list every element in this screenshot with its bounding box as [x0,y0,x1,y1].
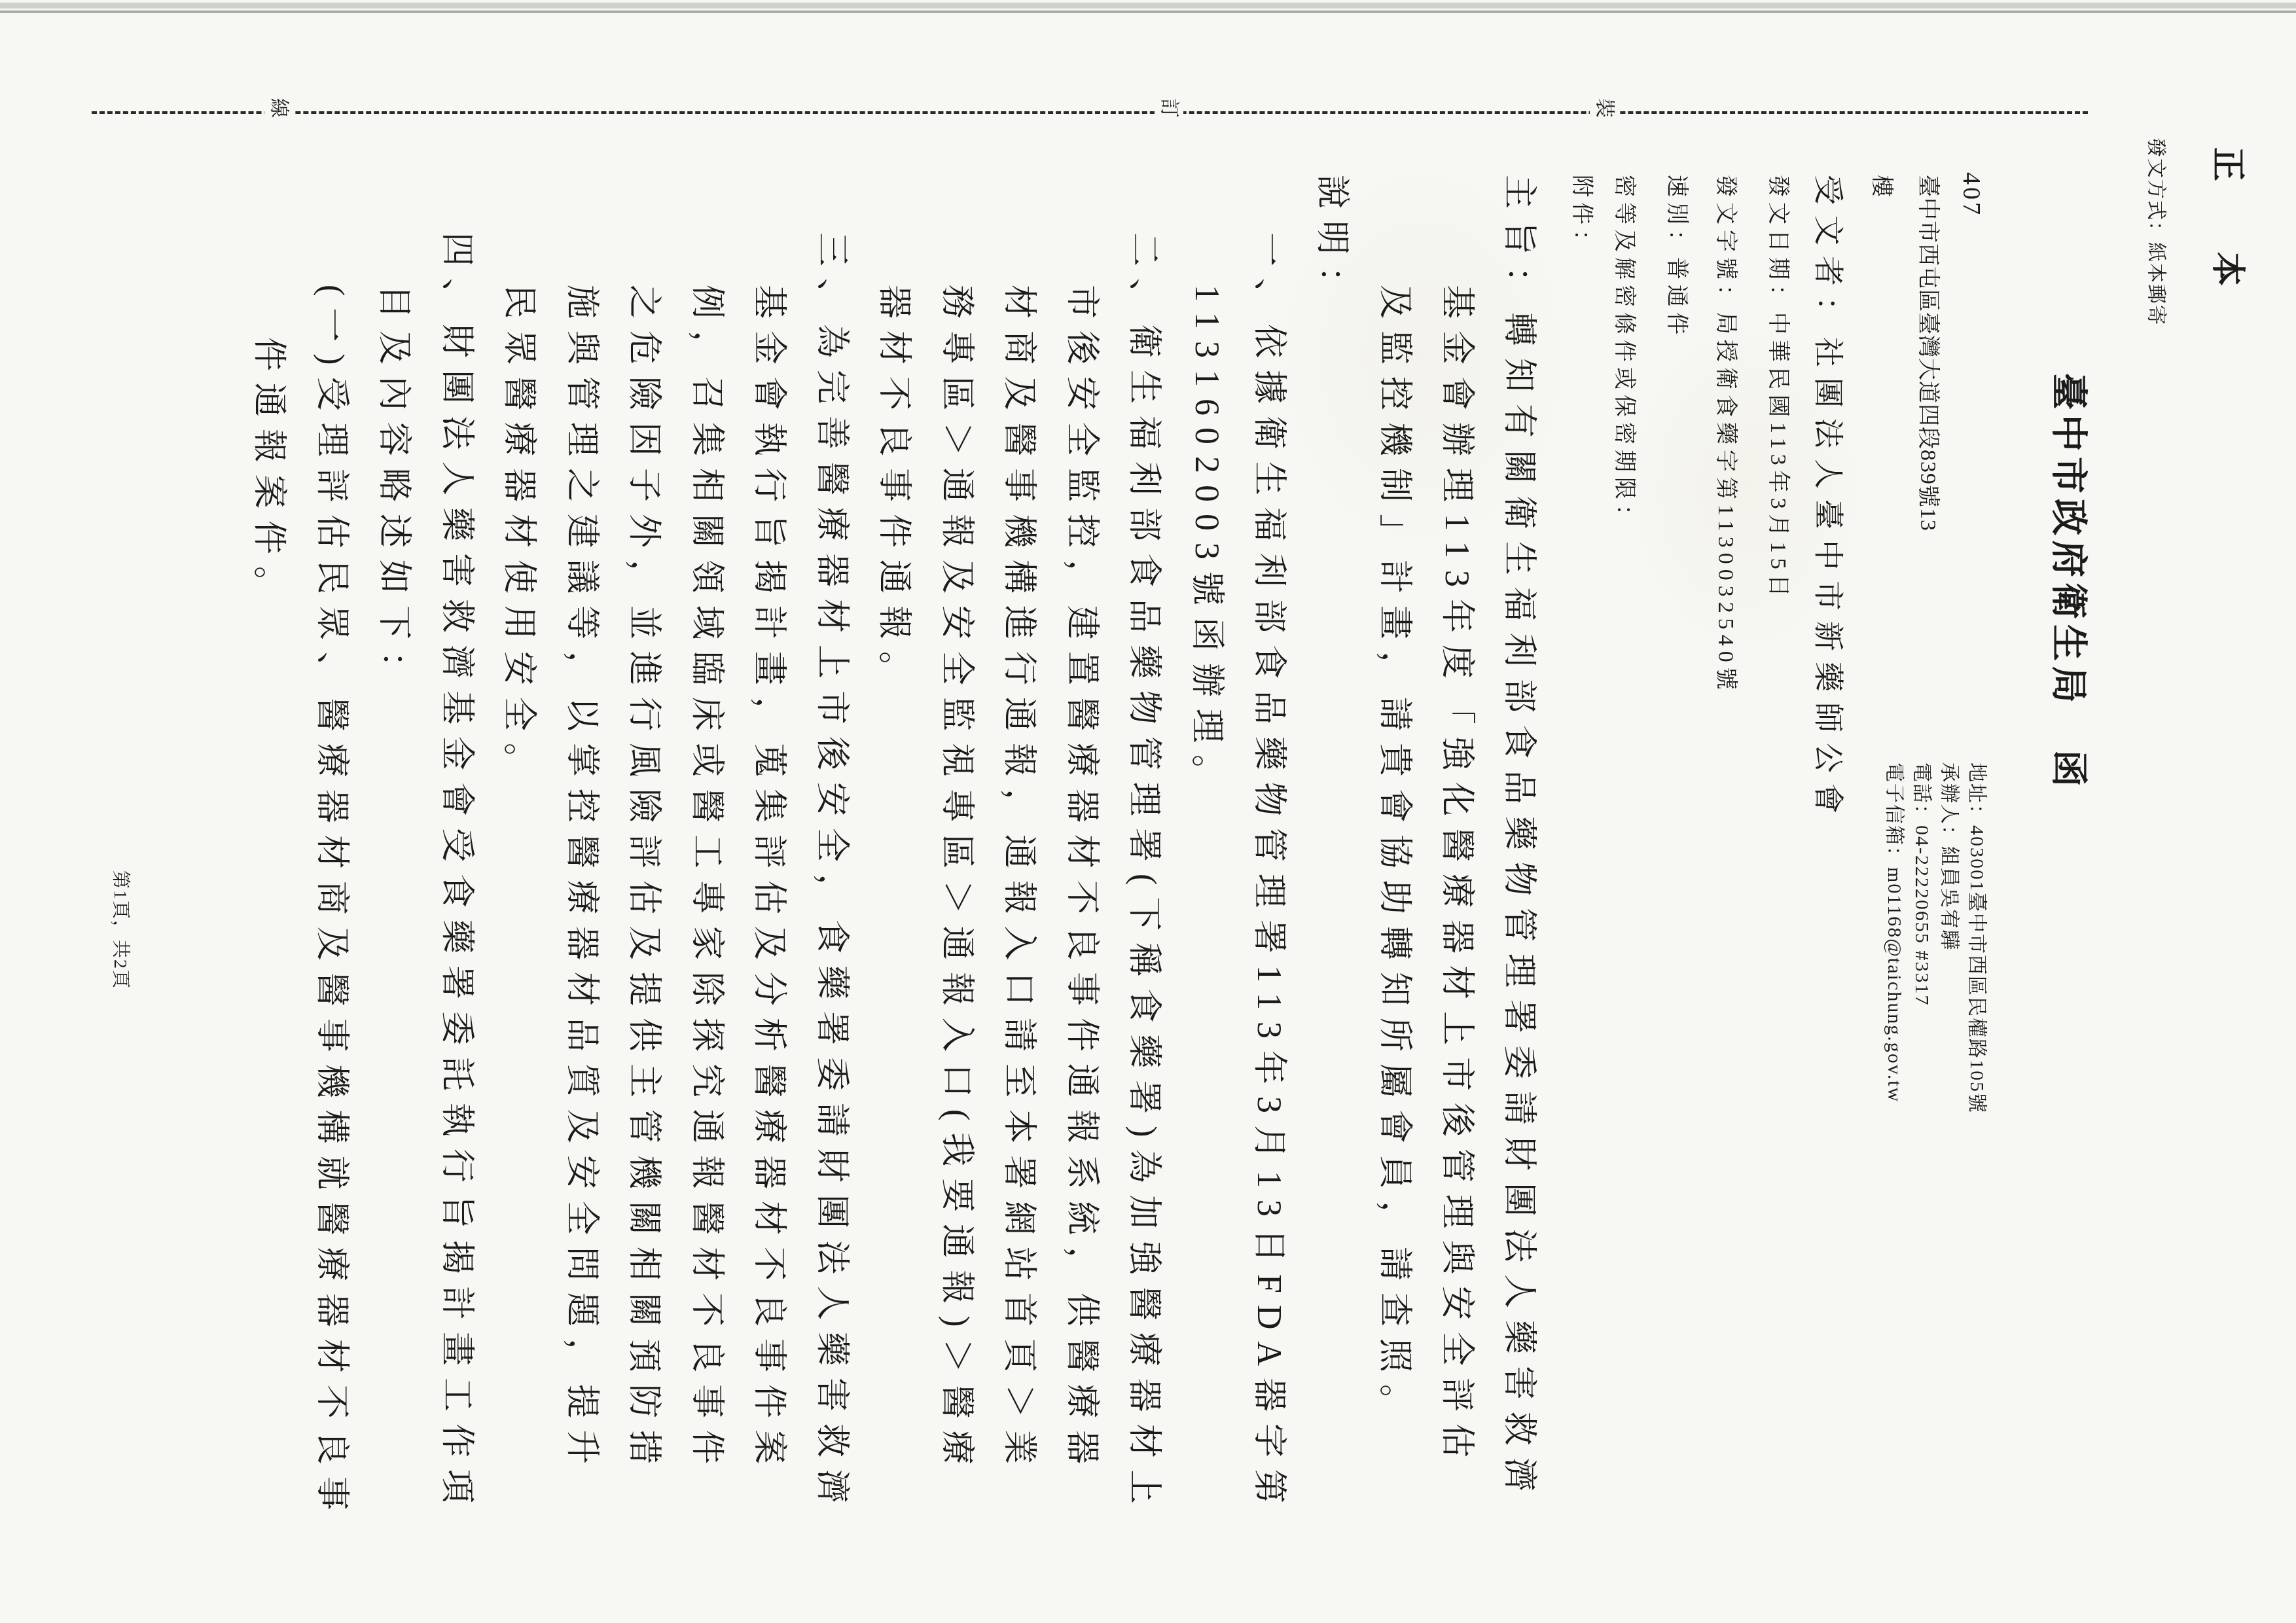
field-attachment: 附件： [1569,175,1593,257]
item-1-line-1: 一、依據衛生福利部食品藥物管理署113年3月13日FDA器字第 [1250,232,1287,1515]
item-3-line-2: 基金會執行旨揭計畫，蒐集評估及分析醫療器材不良事件案 [750,285,787,1476]
item-3-line-5: 施與管理之建議等，以掌控醫療器材品質及安全問題，提升 [563,285,600,1476]
copy-type-label: 正 本 [2208,147,2245,304]
subitem-1-line-2: 件通報案件。 [250,337,287,612]
agency-address: 地址：403001臺中市西區民權路105號 [1966,762,1987,1114]
item-4-line-1: 四、財團法人藥害救濟基金會受食藥署委託執行旨揭計畫工作項 [438,232,475,1515]
item-3-line-1: 三、為完善醫療器材上市後安全，食藥署委請財團法人藥害救濟 [813,232,850,1515]
scanner-edge-line-1 [0,3,2296,9]
scanner-edge-line-2 [0,10,2296,13]
item-3-line-4: 之危險因子外，並進行風險評估及提供主管機關相關預防措 [625,285,662,1476]
subject-line-1: 主旨：轉知有關衛生福利部食品藥物管理署委請財團法人藥害救濟 [1500,175,1537,1503]
agency-email: 電子信箱：m01168@taichung.gov.tw [1884,762,1905,1103]
binding-mark-xian: 線 [264,98,293,118]
binding-mark-zhuang: 裝 [1590,98,1619,118]
field-issue-date: 發文日期：中華民國113年3月15日 [1765,175,1789,602]
field-security: 密等及解密條件或保密期限： [1611,175,1636,532]
binding-mark-ding: 訂 [1155,98,1183,118]
agency-title: 臺中市政府衛生局 函 [2049,373,2088,792]
field-doc-number: 發文字號：局授衛食藥字第1130032540號 [1713,175,1737,695]
item-2-line-5: 器材不良事件通報。 [875,285,912,697]
item-3-line-6: 民眾醫療器材使用安全。 [500,285,537,789]
scanned-letter-canvas: 裝 訂 線 正 本 發文方式：紙本郵寄 臺中市政府衛生局 函 地址：403001… [0,0,2296,1623]
item-4-line-2: 目及內容略述如下： [375,285,412,697]
recipient-line: 受文者：社團法人臺中市新藥師公會 [1812,175,1844,824]
item-2-line-1: 二、衛生福利部食品藥物管理署(下稱食藥署)為加強醫療器材上 [1125,232,1162,1516]
binding-dashed-line [92,111,2088,114]
subitem-1-line-1: (一)受理評估民眾、醫療器材商及醫事機構就醫療器材不良事 [313,285,350,1522]
page-footer: 第1頁，共2頁 [110,870,130,990]
explanation-label: 說明： [1313,175,1350,312]
agency-contact-person: 承辦人：組員吳宥驊 [1939,762,1960,951]
recipient-street: 臺中市西屯區臺灣大道四段839號13 [1915,175,1939,531]
field-speed: 速別：普通件 [1664,175,1688,340]
item-2-line-2: 市後安全監控，建置醫療器材不良事件通報系統，供醫療器 [1063,285,1100,1476]
letter-sheet: 裝 訂 線 正 本 發文方式：紙本郵寄 臺中市政府衛生局 函 地址：403001… [0,0,2296,1623]
recipient-zip: 407 [1958,172,1984,217]
subject-line-3: 及監控機制」計畫，請貴會協助轉知所屬會員，請查照。 [1376,285,1412,1430]
recipient-floor: 樓 [1869,175,1893,198]
agency-phone: 電話：04-22220655 #3317 [1911,762,1932,1007]
item-2-line-4: 務專區＞通報及安全監視專區＞通報入口(我要通報)＞醫療 [938,285,975,1476]
delivery-method-label: 發文方式：紙本郵寄 [2145,137,2166,326]
item-1-line-2: 1131602003號函辦理。 [1188,285,1225,800]
subject-line-2: 基金會辦理113年度「強化醫療器材上市後管理與安全評估 [1438,285,1475,1469]
item-3-line-3: 例，召集相關領域臨床或醫工專家除探究通報醫材不良事件 [688,285,725,1476]
item-2-line-3: 材商及醫事機構進行通報，通報入口請至本署網站首頁＞業 [1000,285,1037,1476]
